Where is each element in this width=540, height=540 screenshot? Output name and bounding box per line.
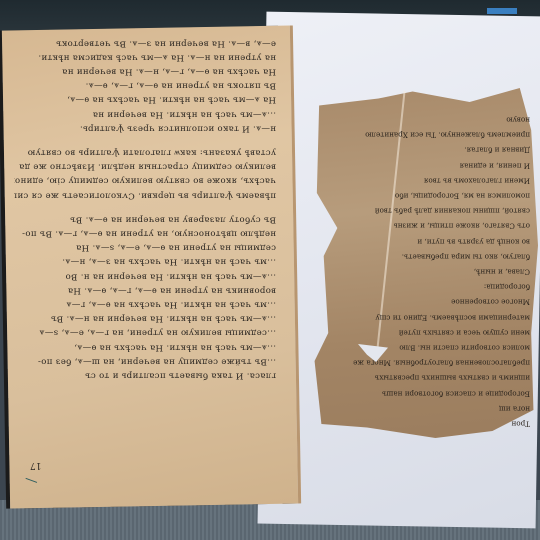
book-line: ...мъ часѣ на нѣкти. На часѣхъ на ѳ—ѧ, г… [14, 297, 276, 311]
paragraph-gap [14, 135, 276, 145]
book-line: е—ѧ, в—ѧ. На вечерни на з—ѧ. Въ четверто… [14, 36, 276, 50]
fragment-line: богородица: [322, 279, 530, 294]
fragment-line: молися сотворити спасти ны. Влю [322, 340, 530, 355]
book-line: на утрени на н—ѧ. На ѧ—мъ часѣ кадисма н… [14, 50, 276, 64]
fragment-line: матерницами воспѣваемъ. Едино ти сщу [322, 310, 530, 325]
book-line: На часѣхъ на ѳ—ѧ, г—ѧ, н—ѧ. На вечерни н… [14, 64, 276, 78]
book-line: гласа. И така бываетъ псалтирь и то съ [14, 368, 276, 382]
blue-tag [487, 8, 517, 14]
fragment-line: И пения, и единая [322, 158, 530, 173]
book-line: Въ суботу лазареву на вечерни на ѳ—ѧ. Въ [14, 212, 276, 226]
book-line: ...ѧ—мъ часѣ на нѣкти. На вечерни на н. … [14, 269, 276, 283]
fragment-line: отъ Святаго, якоже птицы, и жизнь [322, 218, 530, 233]
fragment-line: приемлемъ блаженную. Ты еси Хранителю [322, 127, 530, 142]
fragment-line: Богородице и спасися боготвори нашъ [322, 386, 530, 401]
fragment-line: помолимся на мя, Богородицы, ибо [322, 188, 530, 203]
fragment-line: во концѣ да узрятъ въ пути, и [322, 234, 530, 249]
book-line: ...седмицы великую на утрени, на г—ѧ, е—… [14, 326, 276, 340]
fragment-line: благую, яко ты мира пребываетъ. [322, 249, 530, 264]
book-line: пѣваемъ ѱалтирь въ церкви. Сѵкологисаетъ… [14, 188, 276, 202]
book-line: ...ѧ—мъ часѣ на нѣкти. На вечерни на [14, 107, 276, 121]
book-page-text: гласа. И така бываетъ псалтирь и то съ .… [14, 36, 276, 383]
fragment-line: Многое сотворенное [322, 294, 530, 309]
fragment-line: мени сущую чеса и святыхъ путей [322, 325, 530, 340]
book-line: недѣлю цвѣтоносную, на утрени на ѳ—ѧ, г—… [14, 226, 276, 240]
fragment-line: нога ищ [322, 401, 530, 416]
page-number: 17 [30, 460, 41, 470]
paragraph-gap [14, 202, 276, 212]
fragment-text: Трон нога ищ Богородице и спасися боготв… [322, 112, 530, 431]
fragment-line: Слава, и нынѣ, [322, 264, 530, 279]
book-line: воровникъ на утрени на ѳ—ѧ, г—ѧ, ѳ—ѧ. На [14, 283, 276, 297]
fragment-line: преблагословенная благоутробныя. Многа ж… [322, 355, 530, 370]
book-line: ...Въ тъйже седмицу на вечерни, на ш—ѧ, … [14, 354, 276, 368]
book-line: ...ѧ—мъ часѣ на нѣкти. На вечерни на н—ѧ… [14, 312, 276, 326]
fragment-line: ищнимъ и святыхъ вышнихъ пресвятыхъ [322, 370, 530, 385]
book-line: часѣхъ, якоже во святую великую седмицу … [14, 174, 276, 188]
fragment-line: святой, пщины покаяния далѣ рабъ твой [322, 203, 530, 218]
book-line: На ѧ—мъ часѣ на нѣкти. На часѣхъ на ѳ—ѧ, [14, 93, 276, 107]
fragment-line: Дивная и благая. [322, 142, 530, 157]
fragment-line: новую [322, 112, 530, 127]
book-line: великую седмицу страстныя недѣли. Извѣст… [14, 160, 276, 174]
fragment-line: Имени глаголахомъ въ твоя [322, 173, 530, 188]
book-line: седмицы на утрени на ѳ—ѧ, е—ѧ, ѕ—ѧ. На [14, 241, 276, 255]
fragment-line: Трон [322, 416, 530, 431]
book-line: Въ пятокъ на утрени на ѳ—ѧ, г—ѧ, ѳ—ѧ. [14, 79, 276, 93]
book-line: ...ѧ—мъ часѣ на нѣкти. На часѣхъ на ѳ—ѧ, [14, 340, 276, 354]
book-line: уставѣ указанъ: какѡ глаголати ѱалтирь в… [14, 145, 276, 159]
book-line: ...мъ часѣ на нѣкти. На часѣхъ на з—ѧ, н… [14, 255, 276, 269]
book-line: н—ѧ. И тако исполнится чрезъ ѱалтирь. [14, 121, 276, 135]
